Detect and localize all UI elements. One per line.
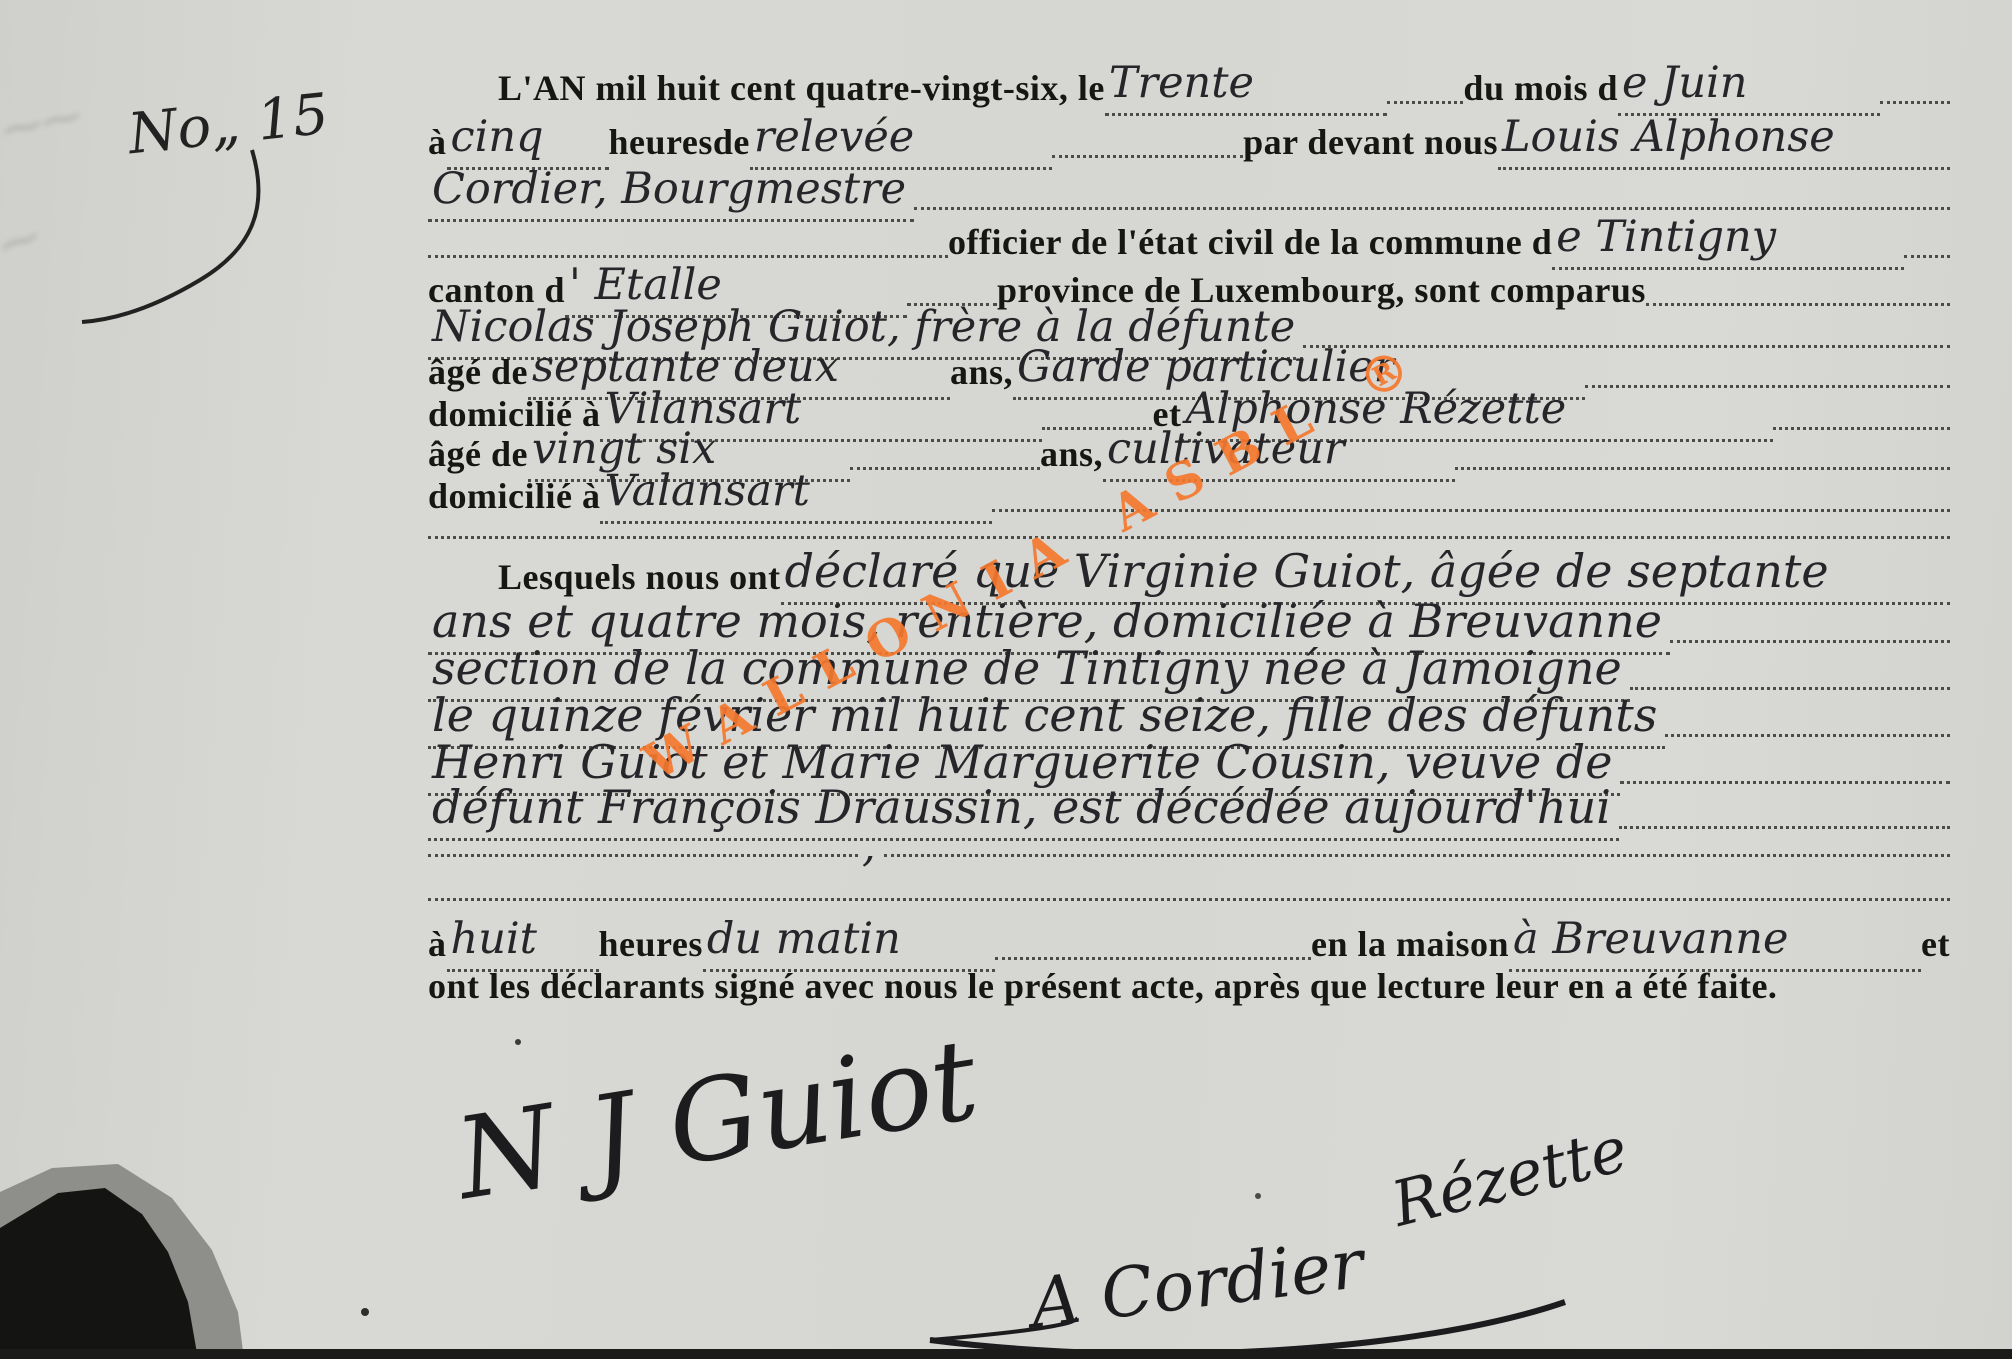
officer-signature-flourish bbox=[930, 1302, 1565, 1354]
scan-bottom-edge bbox=[0, 1349, 2012, 1359]
ink-speck bbox=[1255, 1193, 1261, 1199]
officer-signature-flourish bbox=[930, 1318, 1076, 1340]
act-number-flourish bbox=[82, 150, 259, 322]
scan-artifacts-layer bbox=[0, 0, 2012, 1359]
ink-speck bbox=[515, 1039, 521, 1045]
ink-speck bbox=[361, 1308, 369, 1316]
death-record-page: ⁓⁓ ⁓ No„ 15 L'AN mil huit cent quatre-vi… bbox=[0, 0, 2012, 1359]
